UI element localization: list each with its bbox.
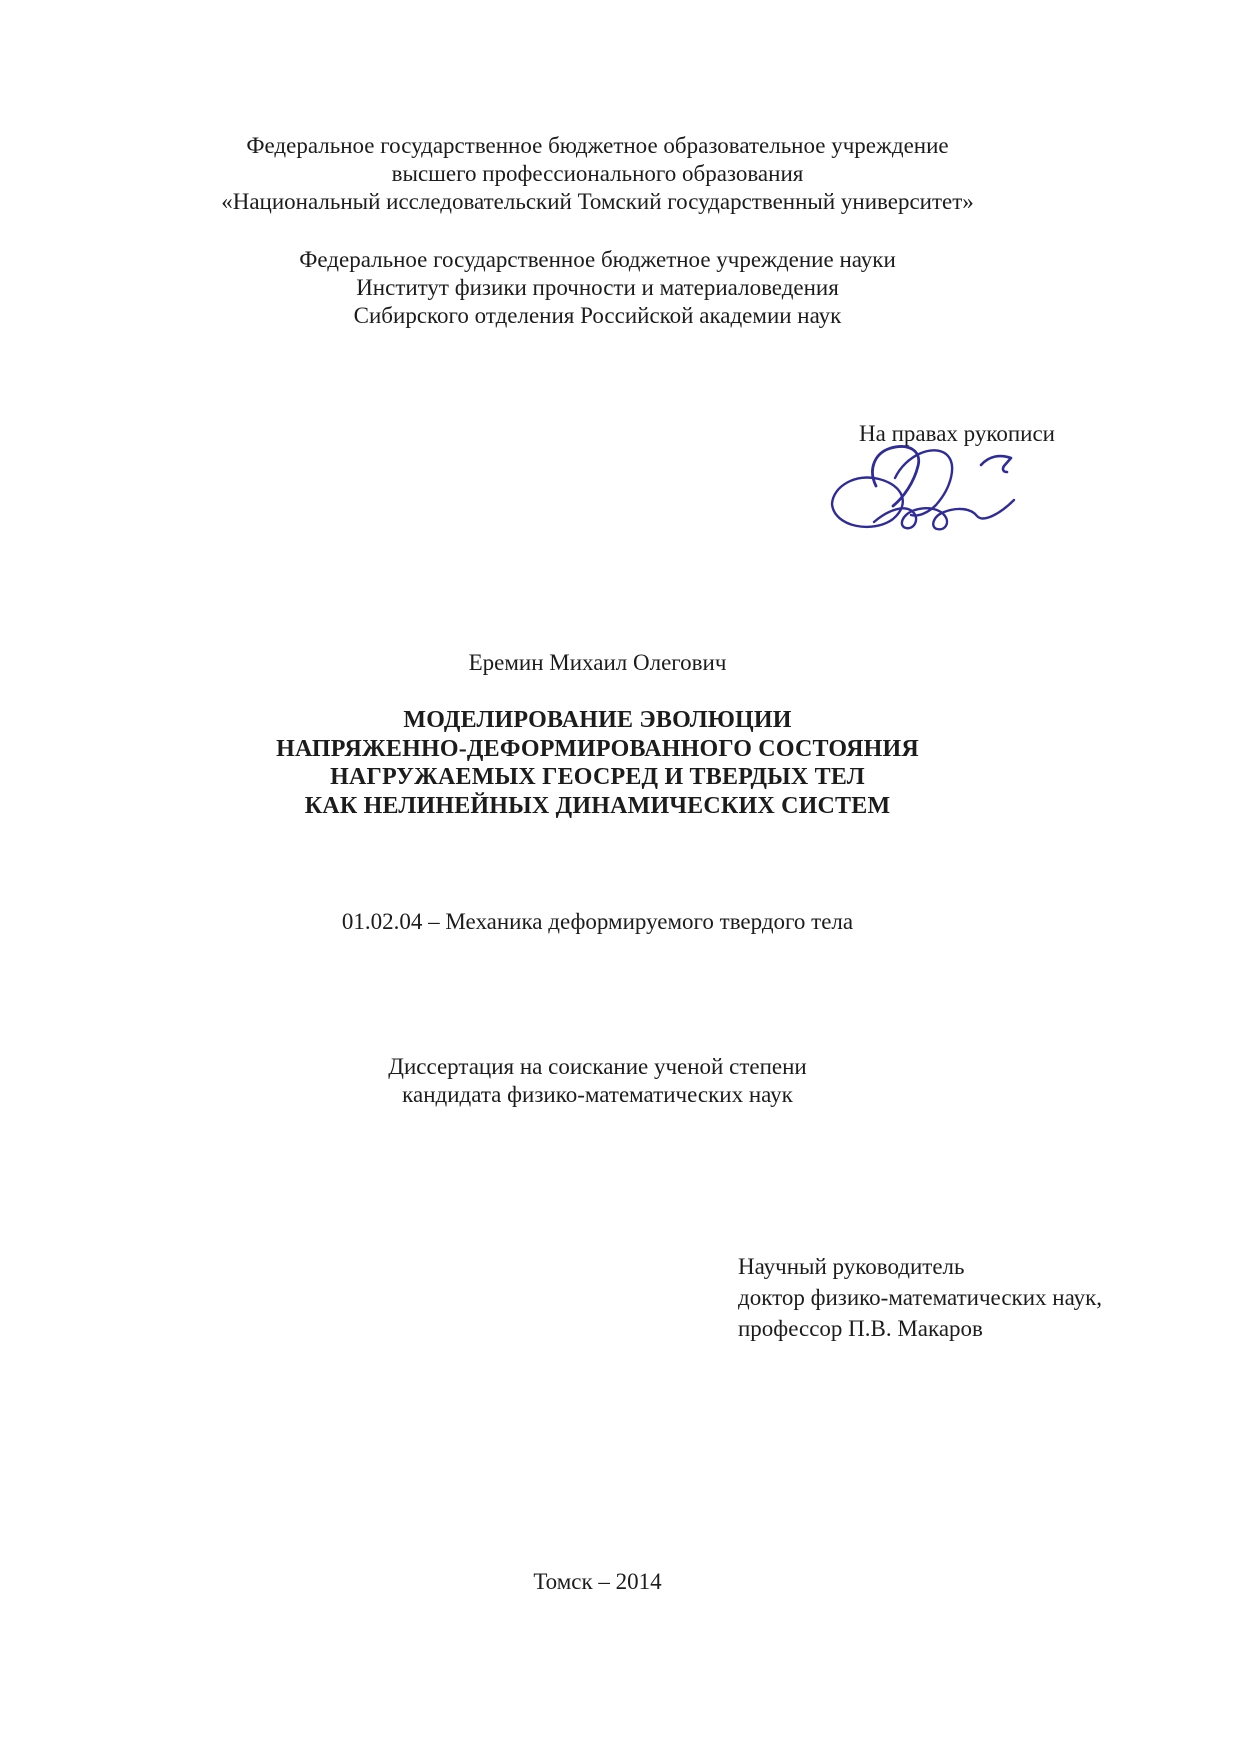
dissertation-title-line: МОДЕЛИРОВАНИЕ ЭВОЛЮЦИИ bbox=[140, 706, 1055, 735]
dissertation-title-line: НАПРЯЖЕННО-ДЕФОРМИРОВАННОГО СОСТОЯНИЯ bbox=[140, 735, 1055, 764]
institute-header-line: Федеральное государственное бюджетное уч… bbox=[140, 246, 1055, 274]
dissertation-title: МОДЕЛИРОВАНИЕ ЭВОЛЮЦИИ НАПРЯЖЕННО-ДЕФОРМ… bbox=[140, 706, 1055, 820]
university-header-line: высшего профессионального образования bbox=[140, 160, 1055, 188]
signature-image bbox=[818, 442, 1030, 544]
supervisor-block: Научный руководитель доктор физико-матем… bbox=[738, 1251, 1102, 1344]
degree-statement: Диссертация на соискание ученой степени … bbox=[140, 1053, 1055, 1109]
university-header-line: Федеральное государственное бюджетное об… bbox=[140, 132, 1055, 160]
supervisor-line: доктор физико-математических наук, bbox=[738, 1282, 1102, 1313]
author-name: Еремин Михаил Олегович bbox=[140, 649, 1055, 677]
supervisor-line: Научный руководитель bbox=[738, 1251, 1102, 1282]
dissertation-title-page: Федеральное государственное бюджетное об… bbox=[0, 0, 1241, 1754]
institute-header: Федеральное государственное бюджетное уч… bbox=[140, 246, 1055, 330]
specialty-line: 01.02.04 – Механика деформируемого тверд… bbox=[140, 908, 1055, 936]
dissertation-title-line: КАК НЕЛИНЕЙНЫХ ДИНАМИЧЕСКИХ СИСТЕМ bbox=[140, 792, 1055, 821]
institute-header-line: Институт физики прочности и материаловед… bbox=[140, 274, 1055, 302]
supervisor-line: профессор П.В. Макаров bbox=[738, 1313, 1102, 1344]
university-header-line: «Национальный исследовательский Томский … bbox=[140, 188, 1055, 216]
city-year: Томск – 2014 bbox=[140, 1568, 1055, 1596]
institute-header-line: Сибирского отделения Российской академии… bbox=[140, 302, 1055, 330]
dissertation-title-line: НАГРУЖАЕМЫХ ГЕОСРЕД И ТВЕРДЫХ ТЕЛ bbox=[140, 763, 1055, 792]
university-header: Федеральное государственное бюджетное об… bbox=[140, 132, 1055, 216]
degree-statement-line: Диссертация на соискание ученой степени bbox=[140, 1053, 1055, 1081]
degree-statement-line: кандидата физико-математических наук bbox=[140, 1081, 1055, 1109]
